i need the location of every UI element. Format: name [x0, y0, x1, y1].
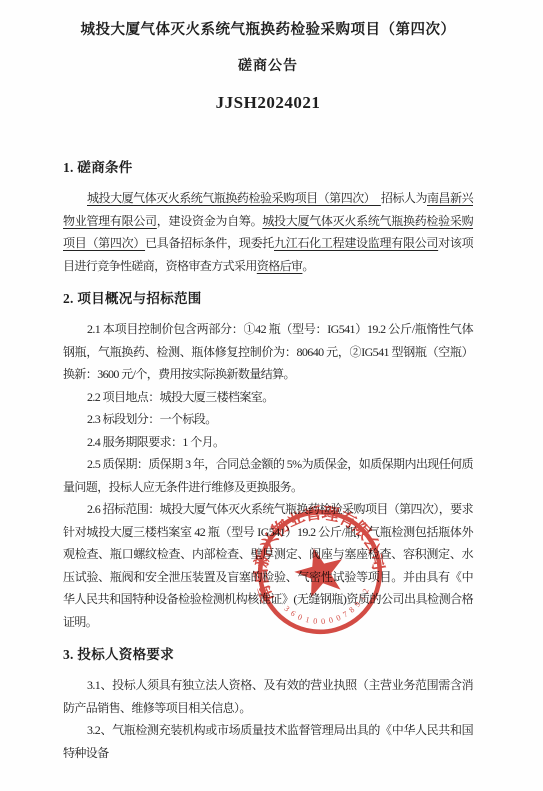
clause-2-6: 2.6 招标范围：城投大厦气体灭火系统气瓶换药检验采购项目（第四次），要求针对城…	[63, 498, 473, 633]
section-3-heading: 3. 投标人资格要求	[63, 645, 473, 664]
doc-title: 城投大厦气体灭火系统气瓶换药检验采购项目（第四次）	[63, 20, 473, 40]
doc-subtitle: 磋商公告	[63, 57, 473, 77]
clause-3-2: 3.2、气瓶检测充装机构或市场质量技术监督管理局出具的《中华人民共和国特种设备	[63, 719, 473, 764]
text-run: 3.2、气瓶检测充装机构或市场质量技术监督管理局出具的《中华人民共和国特种设备	[63, 723, 473, 760]
text-run: 2.5 质保期：质保期 3 年，合同总金额的 5%为质保金，如质保期内出现任何质…	[63, 457, 473, 494]
text-run: 资格后审	[257, 259, 303, 273]
section-1-heading: 1. 磋商条件	[63, 158, 473, 177]
clause-2-4: 2.4 服务期限要求：1 个月。	[63, 431, 473, 454]
section-1-paragraph: 城投大厦气体灭火系统气瓶换药检验采购项目（第四次） 招标人为南昌新兴物业管理有限…	[63, 187, 473, 277]
document-content: 城投大厦气体灭火系统气瓶换药检验采购项目（第四次） 磋商公告 JJSH20240…	[0, 0, 543, 764]
clause-2-5: 2.5 质保期：质保期 3 年，合同总金额的 5%为质保金，如质保期内出现任何质…	[63, 453, 473, 498]
text-run: 2.4 服务期限要求：1 个月。	[87, 435, 224, 449]
text-run: 招标人为	[381, 191, 427, 205]
clause-2-2: 2.2 项目地点：城投大厦三楼档案室。	[63, 386, 473, 409]
clause-3-1: 3.1、投标人须具有独立法人资格、及有效的营业执照（主营业务范围需含消防产品销售…	[63, 674, 473, 719]
text-run: 2.1 本项目控制价包含两部分：①42 瓶（型号：IG541）19.2 公斤/瓶…	[63, 322, 473, 381]
clause-2-3: 2.3 标段划分：一个标段。	[63, 408, 473, 431]
text-run: ，建设资金为自筹。	[157, 214, 263, 228]
doc-project-code: JJSH2024021	[63, 92, 473, 114]
text-run: 九江石化工程建设监理有限公司	[274, 236, 438, 250]
text-run: 2.2 项目地点：城投大厦三楼档案室。	[87, 390, 274, 404]
document-page: 城投大厦气体灭火系统气瓶换药检验采购项目（第四次） 磋商公告 JJSH20240…	[0, 0, 543, 791]
text-run: 。	[302, 259, 313, 273]
text-run: 2.6 招标范围：城投大厦气体灭火系统气瓶换药检验采购项目（第四次），要求针对城…	[63, 502, 473, 629]
section-2-heading: 2. 项目概况与招标范围	[63, 289, 473, 308]
text-run: 3.1、投标人须具有独立法人资格、及有效的营业执照（主营业务范围需含消防产品销售…	[63, 678, 473, 715]
clause-2-1: 2.1 本项目控制价包含两部分：①42 瓶（型号：IG541）19.2 公斤/瓶…	[63, 318, 473, 386]
text-run: 已具备招标条件，现委托	[145, 236, 274, 250]
text-run: 2.3 标段划分：一个标段。	[87, 412, 217, 426]
text-run: 城投大厦气体灭火系统气瓶换药检验采购项目（第四次）	[87, 191, 381, 205]
